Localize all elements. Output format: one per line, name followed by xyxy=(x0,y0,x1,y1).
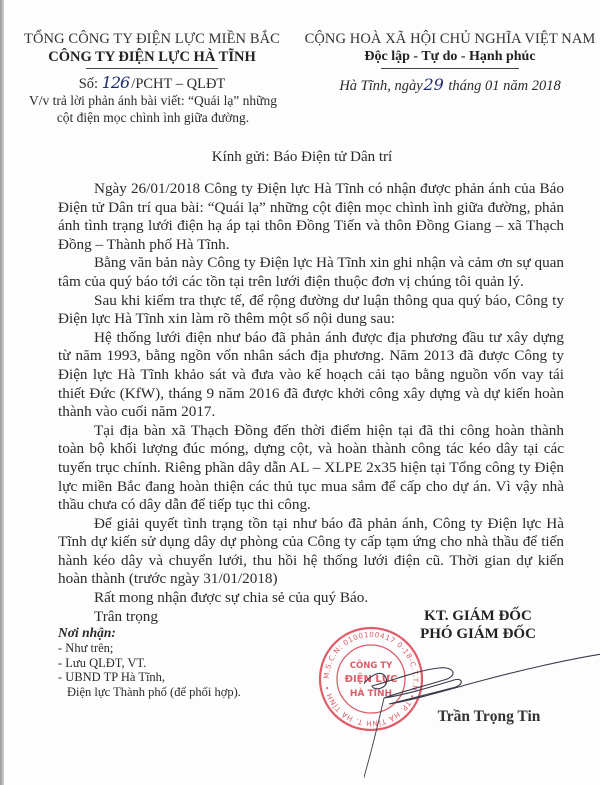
paragraph: Để giải quyết tình trạng tồn tại như báo… xyxy=(58,515,564,589)
national-header: CỘNG HOÀ XÃ HỘI CHỦ NGHĨA VIỆT NAM Độc l… xyxy=(300,30,600,69)
nation-title: CỘNG HOÀ XÃ HỘI CHỦ NGHĨA VIỆT NAM xyxy=(300,30,600,48)
signer-name: Trần Trọng Tin xyxy=(404,708,574,726)
recipients-title: Nơi nhận: xyxy=(58,624,298,641)
place-and-date: Hà Tĩnh, ngày29 tháng 01 năm 2018 xyxy=(300,76,600,95)
recipient-item: - UBND TP Hà Tĩnh, xyxy=(58,670,298,685)
recipient-item: - Như trên; xyxy=(58,641,298,656)
recipient-item: - Lưu QLĐT, VT. xyxy=(58,656,298,671)
document-page: TỔNG CÔNG TY ĐIỆN LỰC MIỀN BẮC CÔNG TY Đ… xyxy=(4,0,600,785)
parent-organization: TỔNG CÔNG TY ĐIỆN LỰC MIỀN BẮC xyxy=(18,30,286,48)
recipient-item: Điện lực Thành phố (để phối hợp). xyxy=(58,685,298,700)
handwritten-number: 126 xyxy=(102,74,128,92)
handwritten-day: 29 xyxy=(423,76,445,94)
paragraph: Sau khi kiểm tra thực tế, để rộng đường … xyxy=(58,292,564,329)
number-label: Số: xyxy=(79,76,98,92)
date-suffix: tháng 01 năm 2018 xyxy=(448,78,560,94)
number-suffix: /PCHT – QLĐT xyxy=(131,76,225,92)
organization-name: CÔNG TY ĐIỆN LỰC HÀ TĨNH xyxy=(18,48,286,66)
signature-title-line-1: KT. GIÁM ĐỐC xyxy=(380,607,576,625)
issuer-header: TỔNG CÔNG TY ĐIỆN LỰC MIỀN BẮC CÔNG TY Đ… xyxy=(18,30,286,69)
paragraph: Hệ thống lưới điện như báo đã phản ánh đ… xyxy=(58,329,564,422)
letter-body: Ngày 26/01/2018 Công ty Điện lực Hà Tĩnh… xyxy=(58,180,564,626)
motto-underline xyxy=(381,68,519,69)
closing-line: Rất mong nhận được sự chia sẻ của quý Bá… xyxy=(58,589,564,608)
date-prefix: Hà Tĩnh, ngày xyxy=(339,78,422,94)
subject-line-1: V/v trả lời phản ánh bài viết: “Quái lạ”… xyxy=(10,92,296,109)
greeting: Kính gửi: Báo Điện tử Dân trí xyxy=(4,148,600,167)
org-underline xyxy=(86,68,218,69)
subject-line-2: cột điện mọc chình ình giữa đường. xyxy=(10,109,296,126)
recipients-list: Nơi nhận: - Như trên; - Lưu QLĐT, VT. - … xyxy=(58,624,298,699)
paragraph: Bằng văn bản này Công ty Điện lực Hà Tĩn… xyxy=(58,254,564,291)
subject: V/v trả lời phản ánh bài viết: “Quái lạ”… xyxy=(10,92,296,126)
national-motto: Độc lập - Tự do - Hạnh phúc xyxy=(300,48,600,66)
paragraph: Tại địa bàn xã Thạch Đồng đến thời điểm … xyxy=(58,422,564,515)
document-number: Số: 126 /PCHT – QLĐT xyxy=(18,74,286,93)
paragraph: Ngày 26/01/2018 Công ty Điện lực Hà Tĩnh… xyxy=(58,180,564,254)
